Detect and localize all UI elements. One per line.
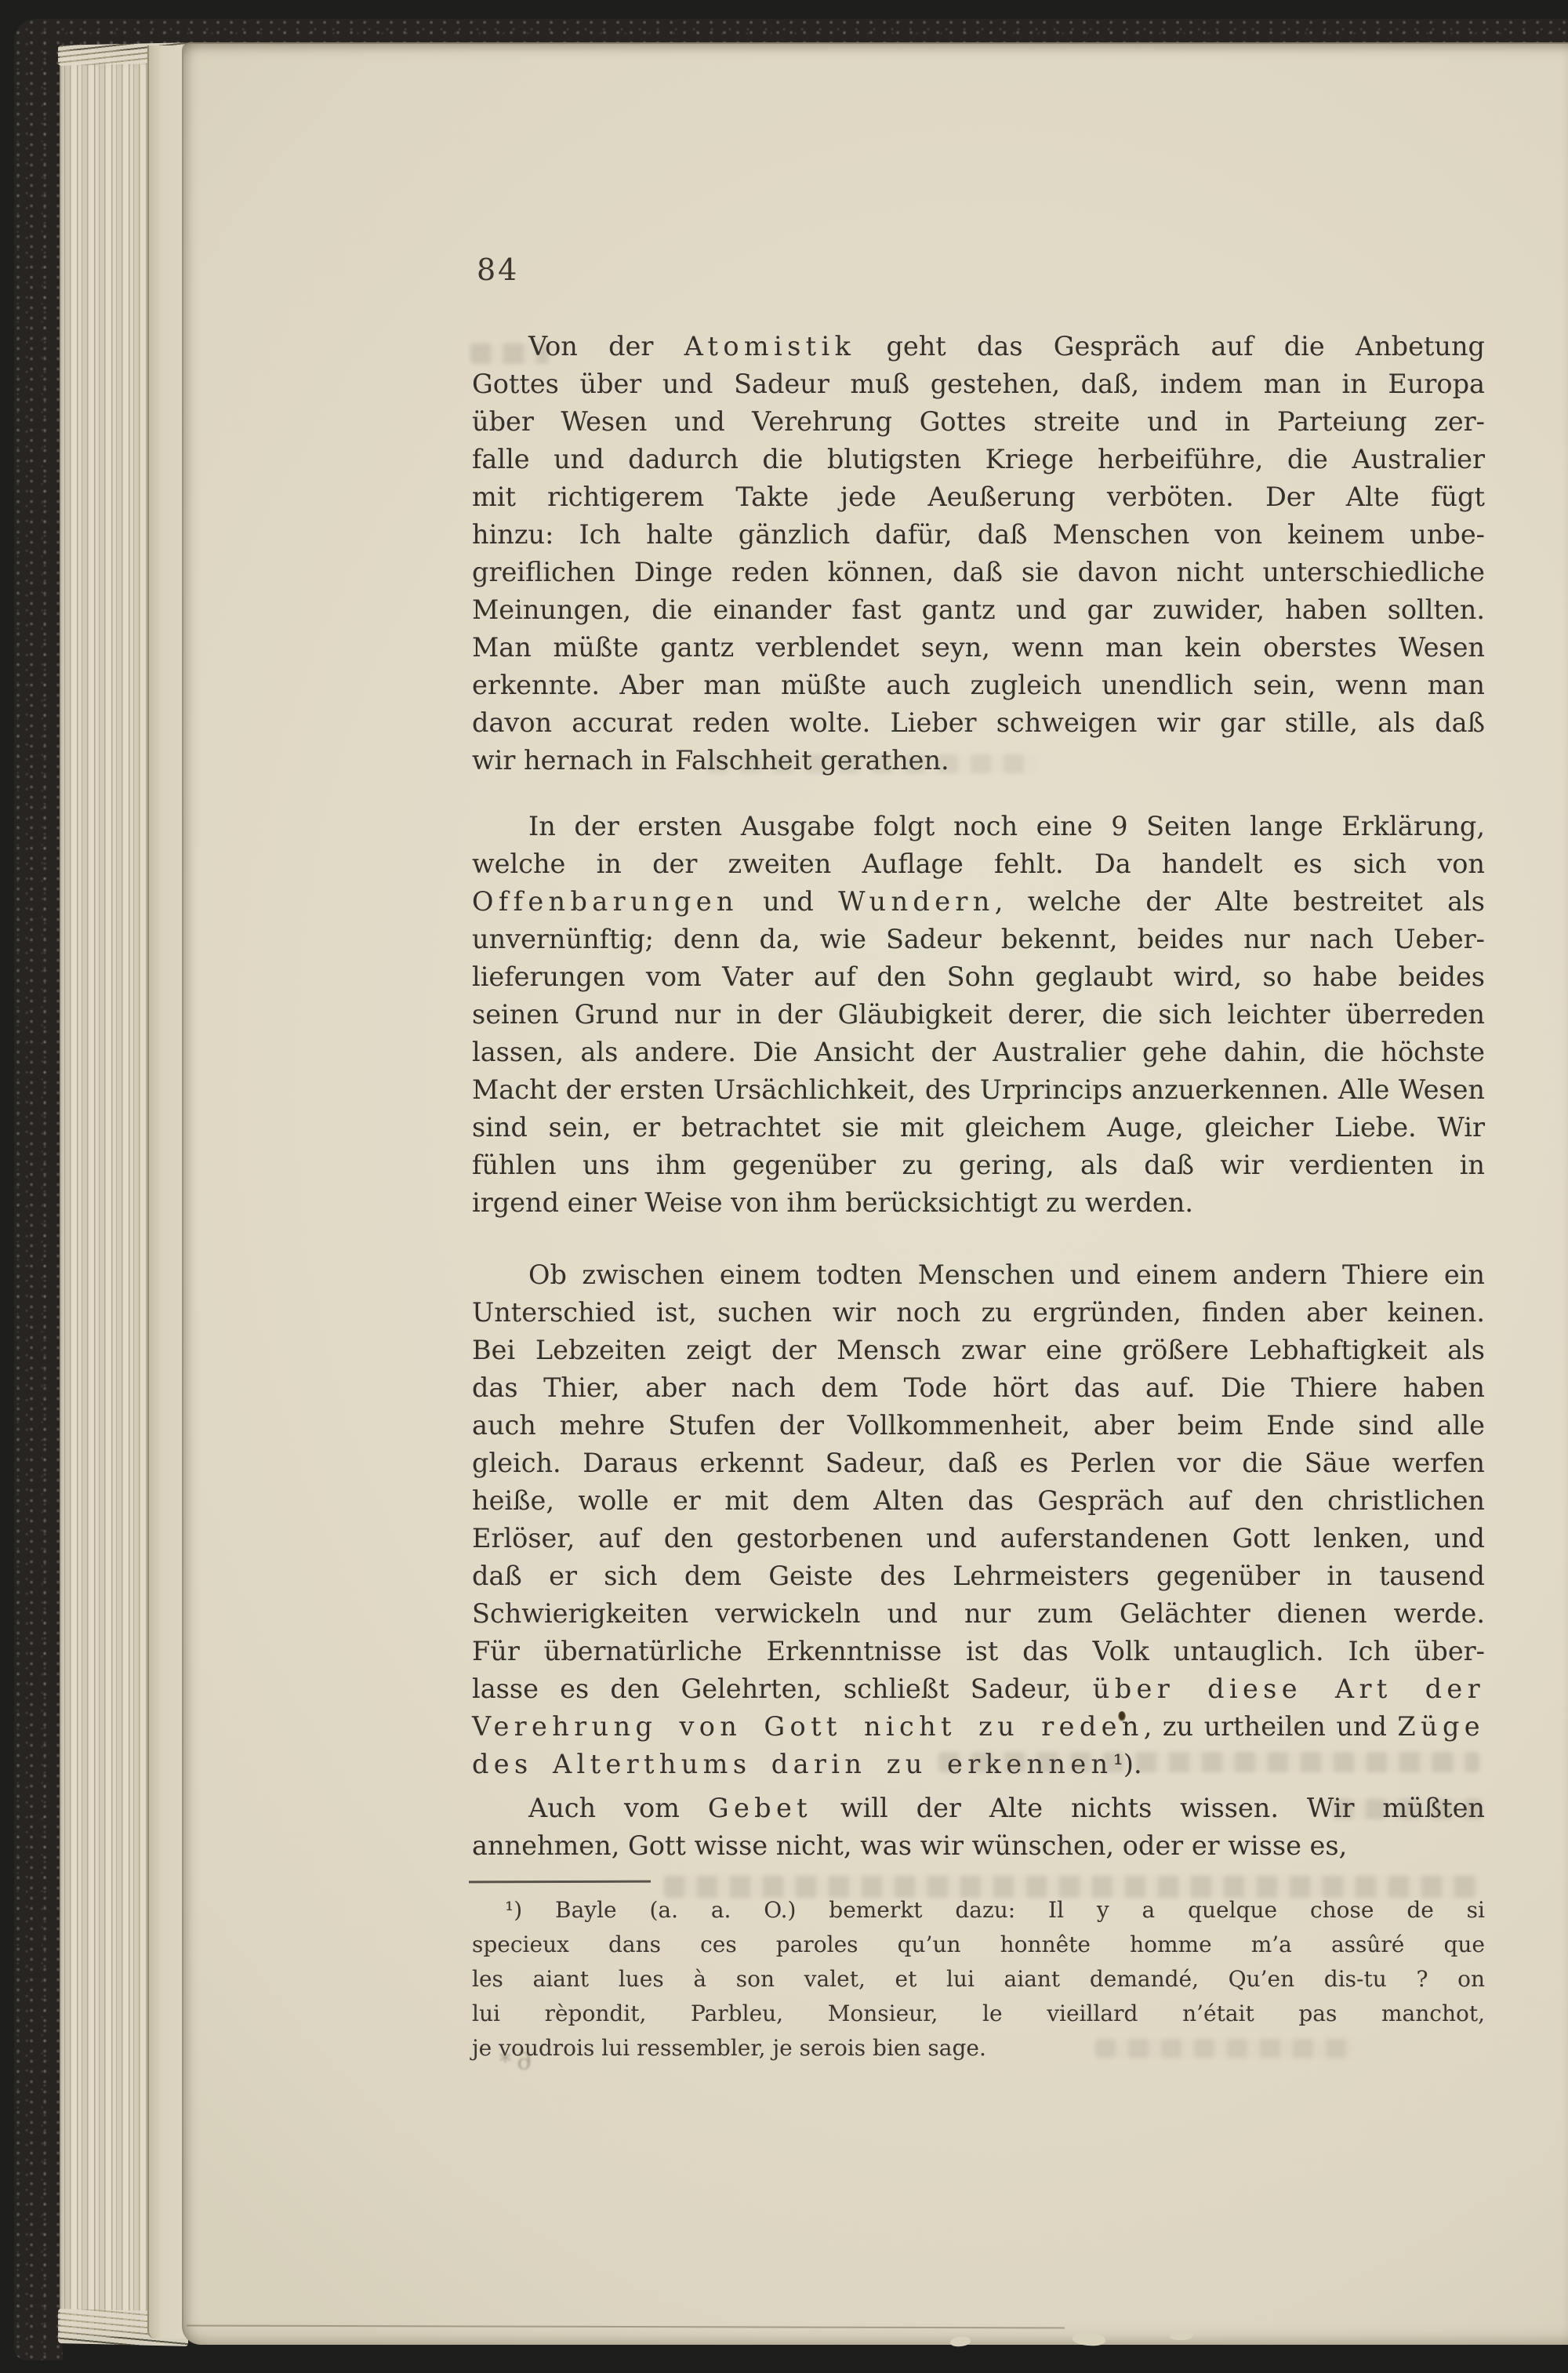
text-segment: , welche der Alte bestreitet als [995,886,1485,917]
text-line: gleich. Daraus erkennt Sadeur, daß es Pe… [472,1445,1485,1482]
text-segment: unvernünftig; denn da, wie Sadeur bekenn… [472,924,1485,954]
paragraph: Von der Atomistik geht das Gespräch auf … [472,328,1485,779]
text-segment: , zu urtheilen und [1144,1711,1398,1742]
emphasized-text: über diese Art der [1093,1673,1485,1704]
text-segment: will der Alte nichts wissen. Wir müßten [812,1793,1485,1823]
text-segment: lui rèpondit, Parbleu, Monsieur, le viei… [472,2001,1485,2026]
text-segment: annehmen, Gott wisse nicht, was wir wüns… [472,1830,1347,1861]
text-segment: mit richtigerem Takte jede Aeußerung ver… [472,482,1485,512]
text-line: lui rèpondit, Parbleu, Monsieur, le viei… [472,1997,1485,2031]
text-segment: sind sein, er betrachtet sie mit gleiche… [472,1112,1485,1143]
text-line: lasse es den Gelehrten, schließt Sadeur,… [472,1670,1485,1708]
underlying-page-edge [147,45,187,2338]
text-segment: fühlen uns ihm gegenüber zu gering, als … [472,1150,1485,1180]
text-segment: lieferungen vom Vater auf den Sohn gegla… [472,961,1485,992]
text-line: daß er sich dem Geiste des Lehrmeisters … [472,1557,1485,1595]
text-line: Gottes über und Sadeur muß gestehen, daß… [472,365,1485,403]
paper-fleck [949,2336,971,2348]
text-line: Man müßte gantz verblendet seyn, wenn ma… [472,629,1485,667]
emphasized-text: Offenbarungen [472,886,739,917]
text-segment: Schwierigkeiten verwickeln und nur zum G… [472,1598,1485,1629]
text-segment: davon accurat reden wolte. Lieber schwei… [472,707,1485,738]
text-line: lieferungen vom Vater auf den Sohn gegla… [472,958,1485,996]
text-line: Auch vom Gebet will der Alte nichts wiss… [472,1790,1485,1827]
text-segment: Auch vom [528,1793,708,1823]
text-segment: ¹). [1112,1749,1142,1779]
text-segment: lassen, als andere. Die Ansicht der Aust… [472,1037,1485,1067]
text-segment: daß er sich dem Geiste des Lehrmeisters … [472,1561,1485,1591]
text-line: seinen Grund nur in der Gläubigkeit dere… [472,996,1485,1034]
emphasized-text: Atomistik [684,331,856,362]
text-segment: das Thier, aber nach dem Tode hört das a… [472,1372,1485,1403]
text-line: greiflichen Dinge reden können, daß sie … [472,554,1485,591]
text-line: Ob zwischen einem todten Menschen und ei… [472,1256,1485,1294]
text-segment: gleich. Daraus erkennt Sadeur, daß es Pe… [472,1448,1485,1478]
text-line: Für übernatürliche Erkenntnisse ist das … [472,1633,1485,1670]
text-segment: Gottes über und Sadeur muß gestehen, daß… [472,369,1485,399]
text-line: falle und dadurch die blutigsten Kriege … [472,441,1485,478]
emphasized-text: des Alterthums darin zu erkennen [472,1749,1112,1779]
text-line: das Thier, aber nach dem Tode hört das a… [472,1369,1485,1407]
bleed-through-signature-mark: 6* [494,2048,532,2076]
text-segment: und [739,886,838,917]
text-line: fühlen uns ihm gegenüber zu gering, als … [472,1147,1485,1184]
text-line: irgend einer Weise von ihm berücksichtig… [472,1184,1485,1222]
text-line: wir hernach in Falschheit gerathen. [472,742,1485,779]
book-page: 84 Von der Atomistik geht das Gespräch a… [182,42,1568,2345]
emphasized-text: Verehrung von Gott nicht zu reden [472,1711,1144,1742]
text-line: In der ersten Ausgabe folgt noch eine 9 … [472,808,1485,845]
ink-spot [1118,1711,1126,1721]
text-segment: wir hernach in Falschheit gerathen. [472,745,949,776]
text-line: unvernünftig; denn da, wie Sadeur bekenn… [472,921,1485,958]
text-line: über Wesen und Verehrung Gottes streite … [472,403,1485,441]
text-segment: irgend einer Weise von ihm berücksichtig… [472,1187,1193,1218]
page-number: 84 [477,253,519,287]
footnote: ¹) Bayle (a. a. O.) bemerkt dazu: Il y a… [472,1893,1485,2066]
text-segment: lasse es den Gelehrten, schließt Sadeur, [472,1673,1093,1704]
text-segment: ¹) Bayle (a. a. O.) bemerkt dazu: Il y a… [505,1897,1485,1923]
text-line: sind sein, er betrachtet sie mit gleiche… [472,1109,1485,1147]
text-line: Bei Lebzeiten zeigt der Mensch zwar eine… [472,1332,1485,1369]
text-line: welche in der zweiten Auflage fehlt. Da … [472,845,1485,883]
text-line: ¹) Bayle (a. a. O.) bemerkt dazu: Il y a… [472,1893,1485,1928]
text-line: Macht der ersten Ursächlichkeit, des Urp… [472,1071,1485,1109]
text-line: hinzu: Ich halte gänzlich dafür, daß Men… [472,516,1485,554]
paragraph: In der ersten Ausgabe folgt noch eine 9 … [472,808,1485,1222]
text-line: les aiant lues à son valet, et lui aiant… [472,1962,1485,1997]
text-segment: Ob zwischen einem todten Menschen und ei… [528,1259,1485,1290]
text-segment: auch mehre Stufen der Vollkommenheit, ab… [472,1410,1485,1441]
text-segment: Unterschied ist, suchen wir noch zu ergr… [472,1297,1485,1328]
paragraph: Ob zwischen einem todten Menschen und ei… [472,1256,1485,1783]
text-line: des Alterthums darin zu erkennen¹). [472,1746,1485,1783]
text-segment: Erlöser, auf den gestorbenen und auferst… [472,1523,1485,1554]
text-line: Schwierigkeiten verwickeln und nur zum G… [472,1595,1485,1633]
text-segment: In der ersten Ausgabe folgt noch eine 9 … [528,811,1485,841]
text-segment: geht das Gespräch auf die Anbetung [855,331,1485,362]
text-segment: greiflichen Dinge reden können, daß sie … [472,557,1485,587]
text-line: auch mehre Stufen der Vollkommenheit, ab… [472,1407,1485,1445]
text-segment: Man müßte gantz verblendet seyn, wenn ma… [472,632,1485,663]
text-segment: je voudrois lui ressembler, je serois bi… [472,2035,986,2061]
emphasized-text: Züge [1397,1711,1485,1742]
text-line: annehmen, Gott wisse nicht, was wir wüns… [472,1827,1485,1865]
text-line: lassen, als andere. Die Ansicht der Aust… [472,1034,1485,1071]
text-line: Verehrung von Gott nicht zu reden, zu ur… [472,1708,1485,1746]
scanner-background: 84 Von der Atomistik geht das Gespräch a… [0,0,1568,2373]
text-line: erkennte. Aber man müßte auch zugleich u… [472,667,1485,704]
paragraph: Auch vom Gebet will der Alte nichts wiss… [472,1790,1485,1865]
text-line: Unterschied ist, suchen wir noch zu ergr… [472,1294,1485,1332]
text-segment: hinzu: Ich halte gänzlich dafür, daß Men… [472,519,1485,550]
text-segment: specieux dans ces paroles qu’un honnête … [472,1931,1485,1957]
text-line: specieux dans ces paroles qu’un honnête … [472,1928,1485,1962]
text-line: Meinungen, die einander fast gantz und g… [472,591,1485,629]
text-segment: Für übernatürliche Erkenntnisse ist das … [472,1636,1485,1666]
text-line: je voudrois lui ressembler, je serois bi… [472,2031,1485,2066]
footnote-separator [469,1881,651,1884]
text-segment: welche in der zweiten Auflage fehlt. Da … [472,849,1485,879]
text-segment: seinen Grund nur in der Gläubigkeit dere… [472,999,1485,1030]
text-segment: heiße, wolle er mit dem Alten das Gesprä… [472,1485,1485,1516]
book-cover-spine-edge [14,19,63,2360]
text-line: davon accurat reden wolte. Lieber schwei… [472,704,1485,742]
text-segment: les aiant lues à son valet, et lui aiant… [472,1966,1485,1992]
emphasized-text: Wundern [838,886,995,917]
text-segment: Bei Lebzeiten zeigt der Mensch zwar eine… [472,1335,1485,1365]
text-line: mit richtigerem Takte jede Aeußerung ver… [472,478,1485,516]
text-segment: Meinungen, die einander fast gantz und g… [472,594,1485,625]
text-segment: über Wesen und Verehrung Gottes streite … [472,406,1485,437]
text-line: Offenbarungen und Wundern, welche der Al… [472,883,1485,921]
text-segment: erkennte. Aber man müßte auch zugleich u… [472,670,1485,700]
emphasized-text: Gebet [708,1793,812,1823]
text-line: heiße, wolle er mit dem Alten das Gesprä… [472,1482,1485,1520]
text-line: Erlöser, auf den gestorbenen und auferst… [472,1520,1485,1557]
body-text: Von der Atomistik geht das Gespräch auf … [472,328,1485,1865]
text-line: Von der Atomistik geht das Gespräch auf … [472,328,1485,365]
text-segment: Macht der ersten Ursächlichkeit, des Urp… [472,1074,1485,1105]
text-segment: falle und dadurch die blutigsten Kriege … [472,444,1485,474]
text-segment: Von der [528,331,684,362]
